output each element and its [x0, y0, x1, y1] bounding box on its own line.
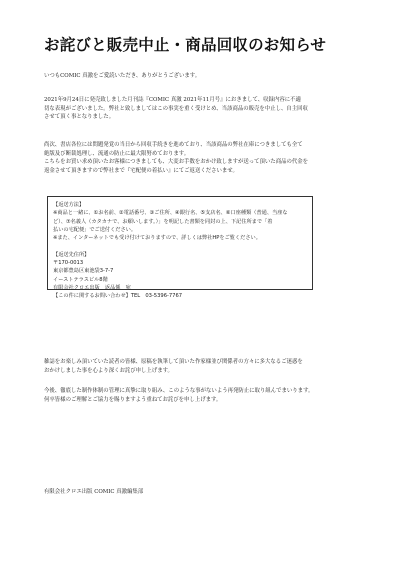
signature: 有限会社クロエ出版 COMIC 真激編集部	[44, 487, 143, 495]
address-line: 東京都豊島区東池袋3-7-7	[53, 267, 307, 275]
page-title: お詫びと販売中止・商品回収のお知らせ	[44, 33, 364, 55]
text-line: 切な表現がございました。弊社と致しましてはこの事実を重く受けとめ、当該商品の販売…	[44, 105, 356, 114]
text-line: ※また、インターネットでも受け付けておりますので、詳しくは弊社HPをご覧ください…	[53, 234, 307, 242]
text-line: させて頂く事となりました。	[44, 113, 356, 122]
text-line: こちらをお買い求め頂いたお客様につきましても、大変お手数をおかけ致しますが送って…	[44, 158, 356, 167]
text-line: 絶版及び断裁処理し、流通の防止に最大限努めております。	[44, 150, 356, 159]
text-line: 何卒皆様のご理解とご協力を賜りますよう重ねてお詫びを申し上げます。	[44, 396, 356, 405]
text-line: 今後、徹底した制作体制の管理に真摯に取り組み、このような事がないよう再発防止に取…	[44, 387, 356, 396]
return-instructions-box: 【返送方法】 ※商品と一緒に、①お名前、②電話番号、③ご住所、④銀行名、⑤支店名…	[47, 196, 313, 290]
greeting: いつもCOMIC 真激をご愛読いただき、ありがとうございます。	[44, 72, 356, 81]
text-line: 返金させて頂きますので弊社まで『宅配便の着払い』にてご返送くださいませ。	[44, 167, 356, 176]
paragraph-prevention: 今後、徹底した制作体制の管理に真摯に取り組み、このような事がないよう再発防止に取…	[44, 387, 356, 404]
text-line: 雑誌をお楽しみ頂いていた読者の皆様、原稿を執筆して頂いた作家様並び関係者の方々に…	[44, 358, 356, 367]
text-line: おかけしました事を心より深くお詫び申し上げます。	[44, 367, 356, 376]
paragraph-apology: 雑誌をお楽しみ頂いていた読者の皆様、原稿を執筆して頂いた作家様並び関係者の方々に…	[44, 358, 356, 375]
paragraph-refund-notice: 尚次、書店各位には問題発覚の当日から回収手続きを進めており、当該商品の弊社在庫に…	[44, 141, 356, 175]
text-line: 払いの宅配便」でご送付ください。	[53, 226, 307, 234]
paragraph-recall-notice: 2021年9月24日に発売致しました月刊誌『COMIC 真激 2021年11月号…	[44, 96, 356, 122]
text-line: ど）、⑦名義人（カタカナで、お願いします。）」を明記した書類を同封の上、下記住所…	[53, 218, 307, 226]
return-method-heading: 【返送方法】	[53, 201, 307, 209]
postal-code: 〒170-0013	[53, 259, 307, 267]
contact-phone: 【この件に関するお問い合わせ】TEL 03-5396-7767	[53, 292, 307, 300]
address-line: イーストテラスビル8階	[53, 276, 307, 284]
recipient-line: 有限会社クロエ出版 返品係 宛	[53, 284, 307, 292]
text-line: ※商品と一緒に、①お名前、②電話番号、③ご住所、④銀行名、⑤支店名、⑥口座種類（…	[53, 209, 307, 217]
return-address-heading: 【返送先住所】	[53, 251, 307, 259]
text-line: 尚次、書店各位には問題発覚の当日から回収手続きを進めており、当該商品の弊社在庫に…	[44, 141, 356, 150]
text-line: 2021年9月24日に発売致しました月刊誌『COMIC 真激 2021年11月号…	[44, 96, 356, 105]
